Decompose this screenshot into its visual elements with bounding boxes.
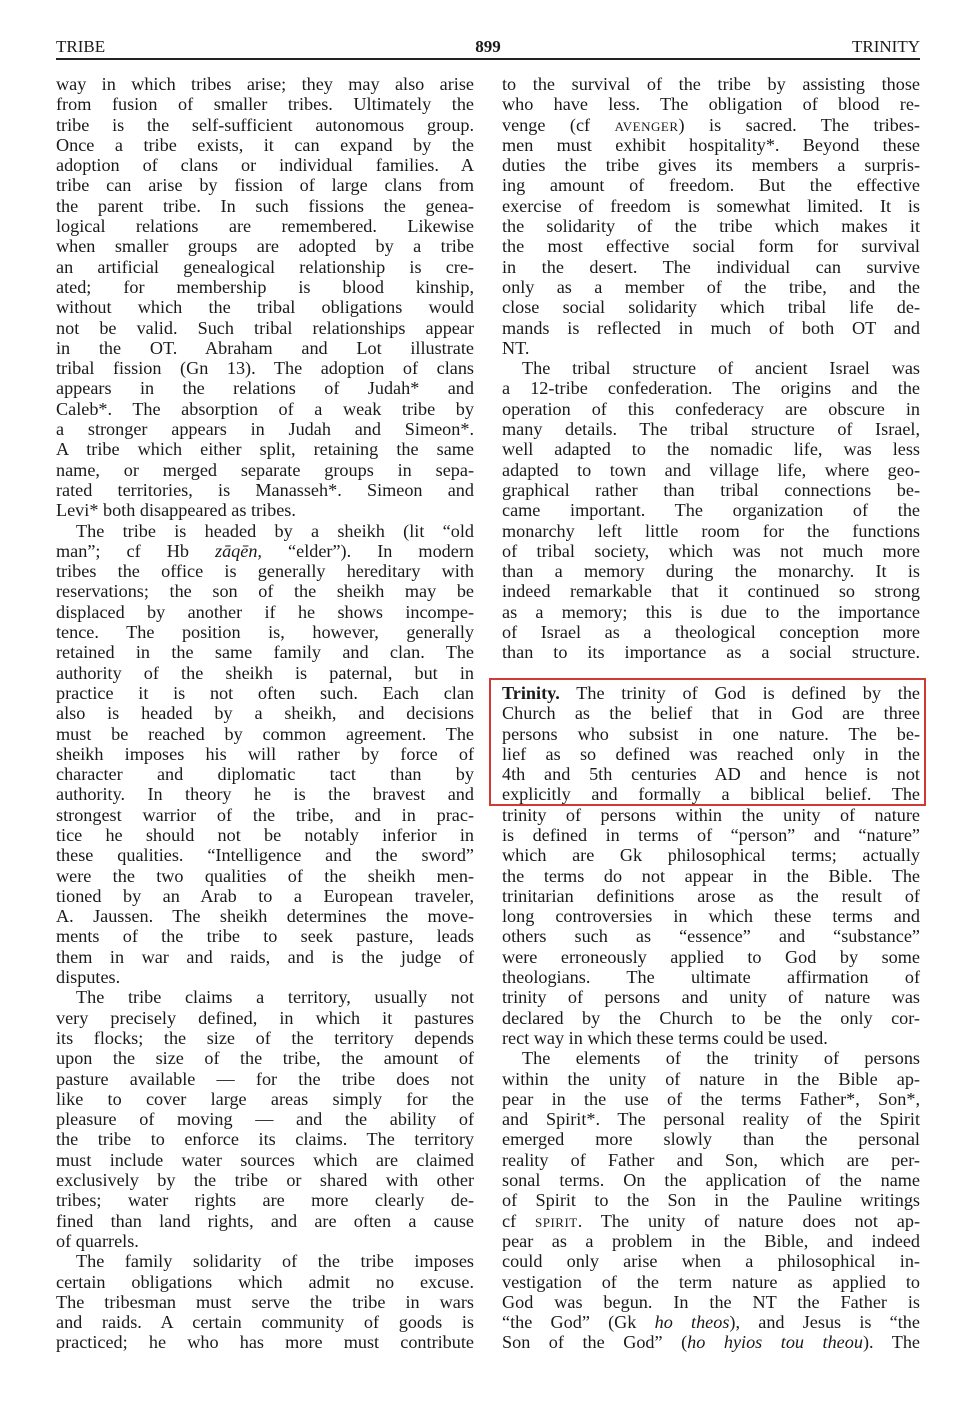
text-line: sheikh imposes his will rather by force … (56, 744, 474, 764)
text-line: upon the size of the tribe, the amount o… (56, 1048, 474, 1068)
text-line: displaced by another if he shows incompe… (56, 602, 474, 622)
text-line: which are Gk philosophical terms; actual… (502, 845, 920, 865)
text-line: retained in the same family and clan. Th… (56, 642, 474, 662)
text-line: emerged more slowly than the personal (502, 1129, 920, 1149)
text-line: a stronger appears in Judah and Simeon*. (56, 419, 474, 439)
trinity-entry-first-line: Trinity. The trinity of God is defined b… (502, 683, 920, 703)
left-column: way in which tribes arise; they may also… (56, 74, 474, 1353)
text-line: reality of Father and Son, which are per… (502, 1150, 920, 1170)
text-line-xref: cf spirit. The unity of nature does not … (502, 1211, 920, 1231)
text-line: ated; for membership is blood kinship, (56, 277, 474, 297)
text-line: trinity of persons within the unity of n… (502, 805, 920, 825)
text-line: fined than land rights, and are often a … (56, 1211, 474, 1231)
text-line: sonal terms. On the application of the n… (502, 1170, 920, 1190)
text-line-hebrew: man”; cf Hb zāqēn, “elder”). In modern (56, 541, 474, 561)
text-line: trinitarian definitions arose as the res… (502, 886, 920, 906)
text-line: is defined in terms of “person” and “nat… (502, 825, 920, 845)
text-line: authority. In theory he is the bravest a… (56, 784, 474, 804)
text-line: theologians. The ultimate affirmation of (502, 967, 920, 987)
text-line: as a memory; this is due to the importan… (502, 602, 920, 622)
text-line: came important. The organization of the (502, 500, 920, 520)
text-line: and Spirit*. The personal reality of the… (502, 1109, 920, 1129)
entry-spacer (502, 663, 920, 683)
text-line: only as a member of the tribe, and the (502, 277, 920, 297)
text-line: the most effective social form for survi… (502, 236, 920, 256)
text-line: trinity of persons and unity of nature w… (502, 987, 920, 1007)
text-line-greek: Son of the God” (ho hyios tou theou). Th… (502, 1332, 920, 1352)
text-line: adoption of clans or individual families… (56, 155, 474, 175)
text-line: Levi* both disappeared as tribes. (56, 500, 474, 520)
text-line: not be valid. Such tribal relationships … (56, 318, 474, 338)
text-line: A tribe which either split, retaining th… (56, 439, 474, 459)
text-line: the parent tribe. In such fissions the g… (56, 196, 474, 216)
text-line: name, or merged separate groups in sepa- (56, 460, 474, 480)
text-line: The tribe claims a territory, usually no… (56, 987, 474, 1007)
text-line: The tribal structure of ancient Israel w… (502, 358, 920, 378)
text-line: tribe is the self-sufficient autonomous … (56, 115, 474, 135)
text-line: must be reached by common agreement. The (56, 724, 474, 744)
text-line: A. Jaussen. The sheikh determines the mo… (56, 906, 474, 926)
text-line: logical relations are remembered. Likewi… (56, 216, 474, 236)
text-line: exclusively by the tribe or shared with … (56, 1170, 474, 1190)
text-line-xref: venge (cf avenger) is sacred. The tribes… (502, 115, 920, 135)
text-line: The elements of the trinity of persons (502, 1048, 920, 1068)
text-line: tribal fission (Gn 13). The adoption of … (56, 358, 474, 378)
text-line: vestigation of the term nature as applie… (502, 1272, 920, 1292)
text-line: of tribal society, which was not much mo… (502, 541, 920, 561)
text-line: declared by the Church to be the only co… (502, 1008, 920, 1028)
text-line: The tribesman must serve the tribe in wa… (56, 1292, 474, 1312)
text-line-greek: “the God” (Gk ho theos), and Jesus is “t… (502, 1312, 920, 1332)
text-line: its flocks; the size of the territory de… (56, 1028, 474, 1048)
text-line: adapted to town and village life, where … (502, 460, 920, 480)
text-line: tice he should not be notably inferior i… (56, 825, 474, 845)
right-guide-word: TRINITY (852, 36, 920, 58)
text-line: without which the tribal obligations wou… (56, 297, 474, 317)
text-line: 4th and 5th centuries AD and hence is no… (502, 764, 920, 784)
text-line: tioned by an Arab to a European traveler… (56, 886, 474, 906)
text-line: practice it is not often such. Each clan (56, 683, 474, 703)
right-column: to the survival of the tribe by assistin… (502, 74, 920, 1353)
text-line: in the OT. Abraham and Lot illustrate (56, 338, 474, 358)
entry-headword-trinity: Trinity. (502, 683, 560, 703)
text-line: many details. The tribal structure of Is… (502, 419, 920, 439)
text-line: must include water sources which are cla… (56, 1150, 474, 1170)
text-line: operation of this confederacy are obscur… (502, 399, 920, 419)
text-line: persons who subsist in one nature. The b… (502, 724, 920, 744)
text-line: tribe can arise by fission of large clan… (56, 175, 474, 195)
text-line: character and diplomatic tact than by (56, 764, 474, 784)
text-line: tence. The position is, however, general… (56, 622, 474, 642)
text-line: in the desert. The individual can surviv… (502, 257, 920, 277)
text-line: exercise of freedom is somewhat limited.… (502, 196, 920, 216)
text-line: when smaller groups are adopted by a tri… (56, 236, 474, 256)
text-line: disputes. (56, 967, 474, 987)
text-line: pasture available — for the tribe does n… (56, 1069, 474, 1089)
text-line: The tribe is headed by a sheikh (lit “ol… (56, 521, 474, 541)
text-line: these qualities. “Intelligence and the s… (56, 845, 474, 865)
text-line: like to cover large areas simply for the (56, 1089, 474, 1109)
text-line: tribes; water rights are more clearly de… (56, 1190, 474, 1210)
text-line: appears in the relations of Judah* and (56, 378, 474, 398)
text-line: God was begun. In the NT the Father is (502, 1292, 920, 1312)
text-line: could only arise when a philosophical in… (502, 1251, 920, 1271)
text-line: Caleb*. The absorption of a weak tribe b… (56, 399, 474, 419)
text-line: of quarrels. (56, 1231, 474, 1251)
text-line: pear as a problem in the Bible, and inde… (502, 1231, 920, 1251)
text-line: graphical rather than tribal connections… (502, 480, 920, 500)
text-line: reservations; the son of the sheikh may … (56, 581, 474, 601)
greek-term: ho theos (655, 1312, 730, 1332)
text-line: others such as “essence” and “substance” (502, 926, 920, 946)
text-line: indeed remarkable that it continued so s… (502, 581, 920, 601)
text-line: rated territories, is Manasseh*. Simeon … (56, 480, 474, 500)
text-line: a 12-tribe confederation. The origins an… (502, 378, 920, 398)
text-line: monarchy left little room for the functi… (502, 521, 920, 541)
text-line: from fusion of smaller tribes. Ultimatel… (56, 94, 474, 114)
greek-term: ho hyios tou theou (687, 1332, 863, 1352)
text-line: Once a tribe exists, it can expand by th… (56, 135, 474, 155)
text-line: mands is reflected in much of both OT an… (502, 318, 920, 338)
text-line: explicitly and formally a biblical belie… (502, 784, 920, 804)
text-line: of Israel as a theological conception mo… (502, 622, 920, 642)
text-line: duties the tribe gives its members a sur… (502, 155, 920, 175)
text-line: tribes the office is generally hereditar… (56, 561, 474, 581)
text-line: the solidarity of the tribe which makes … (502, 216, 920, 236)
text-line: Church as the belief that in God are thr… (502, 703, 920, 723)
text-line: an artificial genealogical relationship … (56, 257, 474, 277)
text-line: and raids. A certain community of goods … (56, 1312, 474, 1332)
text-line: also is headed by a sheikh, and decision… (56, 703, 474, 723)
text-line: men must exhibit hospitality*. Beyond th… (502, 135, 920, 155)
text-line: within the unity of nature in the Bible … (502, 1069, 920, 1089)
text-line: of Spirit to the Son in the Pauline writ… (502, 1190, 920, 1210)
text-line: well adapted to the nomadic life, was le… (502, 439, 920, 459)
text-line: practiced; he who has more must contribu… (56, 1332, 474, 1352)
text-line: pear in the use of the terms Father*, So… (502, 1089, 920, 1109)
text-line: strongest warrior of the tribe, and in p… (56, 805, 474, 825)
text-line: than a memory during the monarchy. It is (502, 561, 920, 581)
page-header: TRIBE 899 TRINITY (56, 36, 920, 60)
text-line: very precisely defined, in which it past… (56, 1008, 474, 1028)
page-number: 899 (56, 36, 920, 58)
text-line: certain obligations which admit no excus… (56, 1272, 474, 1292)
text-line: to the survival of the tribe by assistin… (502, 74, 920, 94)
text-line: The family solidarity of the tribe impos… (56, 1251, 474, 1271)
text-line: rect way in which these terms could be u… (502, 1028, 920, 1048)
hebrew-term: zāqēn, (215, 541, 262, 561)
text-line: way in which tribes arise; they may also… (56, 74, 474, 94)
text-line: were the two qualities of the sheikh men… (56, 866, 474, 886)
text-line: pleasure of moving — and the ability of (56, 1109, 474, 1129)
text-line: were erroneously applied to God by some (502, 947, 920, 967)
text-line: the tribe to enforce its claims. The ter… (56, 1129, 474, 1149)
text-line: authority of the sheikh is paternal, but… (56, 663, 474, 683)
text-line: them in war and raids, and is the judge … (56, 947, 474, 967)
text-line: close social solidarity which tribal lif… (502, 297, 920, 317)
text-line: long controversies in which these terms … (502, 906, 920, 926)
cross-reference-avenger: avenger (615, 115, 679, 135)
text-line: who have less. The obligation of blood r… (502, 94, 920, 114)
text-line: ments of the tribe to seek pasture, lead… (56, 926, 474, 946)
text-line: than to its importance as a social struc… (502, 642, 920, 662)
text-line: lief as so defined was reached only in t… (502, 744, 920, 764)
text-line: NT. (502, 338, 920, 358)
text-line: ing amount of freedom. But the effective (502, 175, 920, 195)
cross-reference-spirit: spirit (535, 1211, 578, 1231)
text-line: the terms do not appear in the Bible. Th… (502, 866, 920, 886)
